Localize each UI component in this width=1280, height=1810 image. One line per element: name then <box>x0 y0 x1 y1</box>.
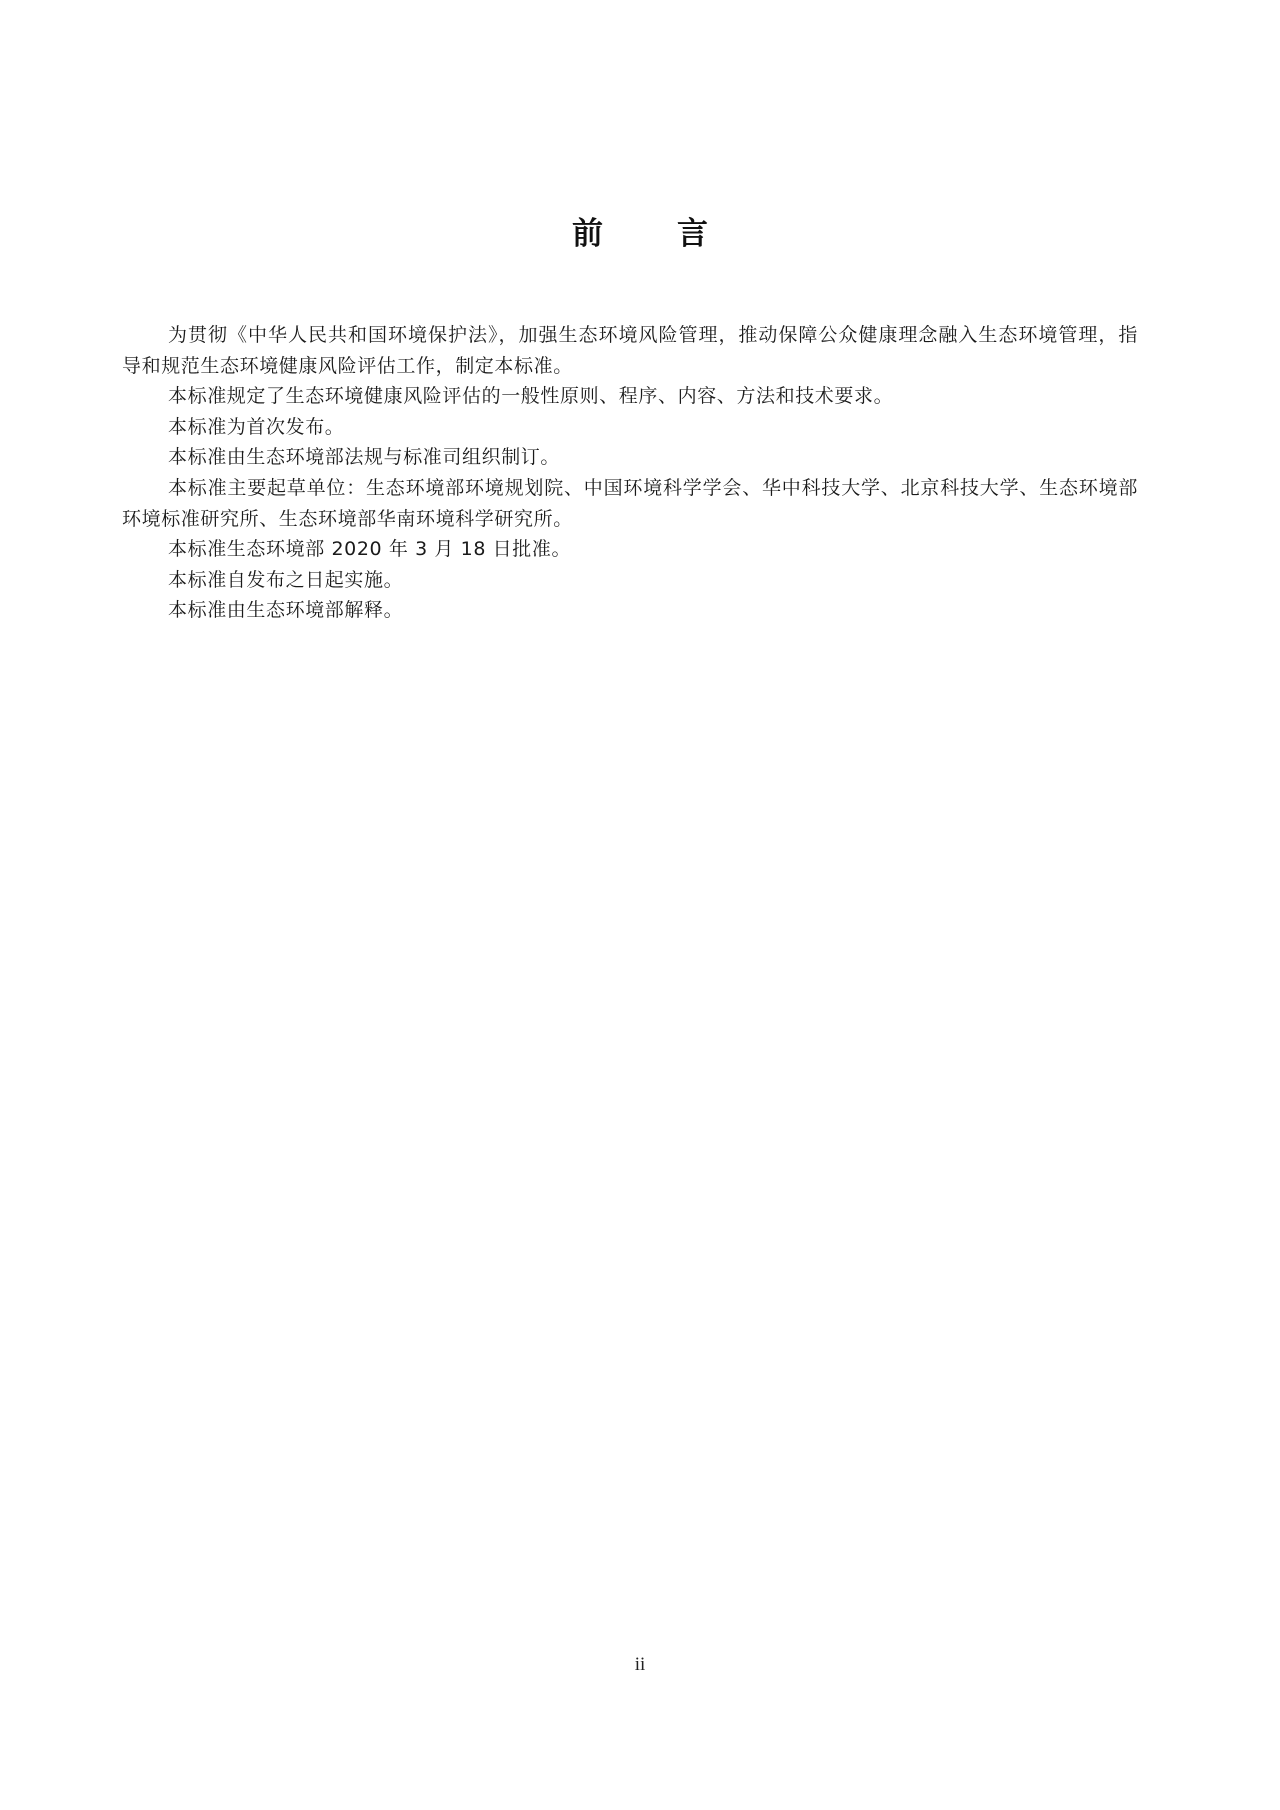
paragraph-effective: 本标准自发布之日起实施。 <box>122 565 1138 596</box>
paragraph-interpretation: 本标准由生态环境部解释。 <box>122 595 1138 626</box>
paragraph-first-release: 本标准为首次发布。 <box>122 412 1138 443</box>
paragraph-organizer: 本标准由生态环境部法规与标准司组织制订。 <box>122 442 1138 473</box>
page-title: 前言 <box>0 214 1280 254</box>
paragraph-scope: 本标准规定了生态环境健康风险评估的一般性原则、程序、内容、方法和技术要求。 <box>122 381 1138 412</box>
paragraph-purpose: 为贯彻《中华人民共和国环境保护法》，加强生态环境风险管理，推动保障公众健康理念融… <box>122 320 1138 381</box>
paragraph-drafting-units: 本标准主要起草单位：生态环境部环境规划院、中国环境科学学会、华中科技大学、北京科… <box>122 473 1138 534</box>
page-number: ii <box>0 1654 1280 1676</box>
document-page: 前言 为贯彻《中华人民共和国环境保护法》，加强生态环境风险管理，推动保障公众健康… <box>0 0 1280 1810</box>
page-title-char-2: 言 <box>677 214 708 254</box>
paragraph-approval-date: 本标准生态环境部 2020 年 3 月 18 日批准。 <box>122 534 1138 565</box>
page-title-char-1: 前 <box>572 214 603 254</box>
foreword-body: 为贯彻《中华人民共和国环境保护法》，加强生态环境风险管理，推动保障公众健康理念融… <box>122 320 1138 626</box>
